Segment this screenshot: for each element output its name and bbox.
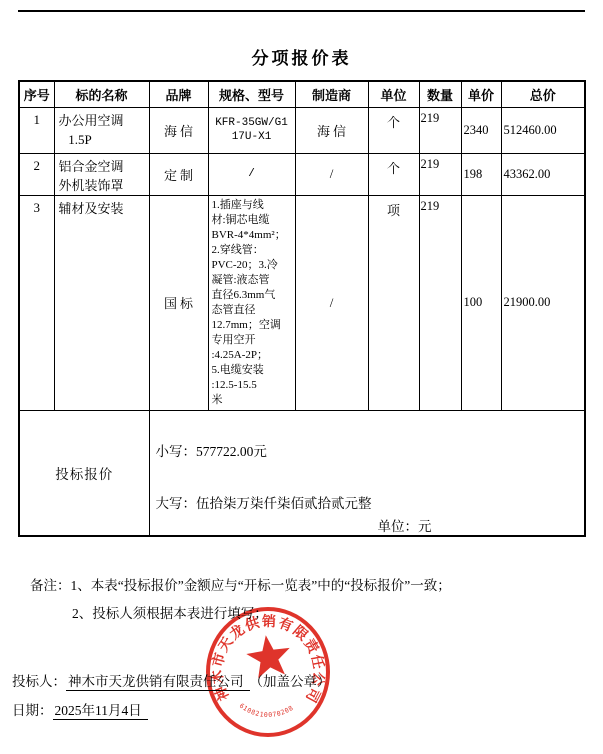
column-header-name: 标的名称	[54, 81, 149, 107]
star-icon	[244, 632, 293, 679]
table-row: 1 办公用空调 1.5P 海信 KFR-35GW/G1 17U-X1 海信 个 …	[19, 107, 585, 153]
cell-name: 办公用空调 1.5P	[54, 107, 149, 153]
table-row: 3 辅材及安装 国标 1.插座与线 材:铜芯电缆 BVR-4*4mm²； 2.穿…	[19, 195, 585, 410]
column-header-manufacturer: 制造商	[295, 81, 368, 107]
cell-unit-price: 2340	[461, 107, 501, 153]
cell-qty: 219	[419, 153, 461, 195]
stamp-code-text: 6108210070208	[238, 702, 295, 719]
table-row: 2 铝合金空调 外机装饰罩 定制 / / 个 219 198 43362.00	[19, 153, 585, 195]
cell-spec: 1.插座与线 材:铜芯电缆 BVR-4*4mm²； 2.穿线管： PVC-20；…	[208, 195, 295, 410]
cell-total: 21900.00	[501, 195, 585, 410]
cell-manufacturer: /	[295, 153, 368, 195]
column-header-brand: 品牌	[149, 81, 208, 107]
cell-name: 辅材及安装	[54, 195, 149, 410]
bid-unit-note: 单位：元	[378, 515, 432, 535]
cell-unit-price: 100	[461, 195, 501, 410]
cell-unit: 项	[368, 195, 419, 410]
bidder-label: 投标人：	[12, 674, 66, 689]
bid-price-row: 投标报价 小写：577722.00元 大写：伍拾柒万柒仟柒佰贰拾贰元整 单位：元	[19, 410, 585, 536]
remark-line-1: 备注：1、本表“投标报价”金额应与“开标一览表”中的“投标报价”一致；	[30, 572, 451, 600]
cell-seq: 1	[19, 107, 54, 153]
column-header-unit-price: 单价	[461, 81, 501, 107]
company-stamp: 神木市天龙供销有限责任公司 6108210070208	[203, 604, 333, 740]
date-value: 2025年11月4日	[53, 703, 148, 720]
date-label: 日期：	[12, 703, 53, 718]
bid-amount-words: 大写：伍拾柒万柒仟柒佰贰拾贰元整	[156, 492, 372, 512]
column-header-total: 总价	[501, 81, 585, 107]
bid-price-cell: 小写：577722.00元 大写：伍拾柒万柒仟柒佰贰拾贰元整 单位：元	[149, 410, 585, 536]
column-header-unit: 单位	[368, 81, 419, 107]
cell-manufacturer: 海信	[295, 107, 368, 153]
column-header-seq: 序号	[19, 81, 54, 107]
cell-spec: KFR-35GW/G1 17U-X1	[208, 107, 295, 153]
top-rule	[18, 10, 585, 12]
column-header-spec: 规格、型号	[208, 81, 295, 107]
quotation-table: 序号 标的名称 品牌 规格、型号 制造商 单位 数量 单价 总价 1 办公用空调…	[18, 80, 586, 537]
cell-brand: 海信	[149, 107, 208, 153]
bid-amount-numeric: 小写：577722.00元	[156, 440, 267, 460]
cell-brand: 定制	[149, 153, 208, 195]
cell-seq: 3	[19, 195, 54, 410]
cell-manufacturer: /	[295, 195, 368, 410]
cell-unit-price: 198	[461, 153, 501, 195]
header-row: 序号 标的名称 品牌 规格、型号 制造商 单位 数量 单价 总价	[19, 81, 585, 107]
cell-qty: 219	[419, 107, 461, 153]
quotation-page: 分项报价表 序号 标的名称 品牌 规格、型号 制造商 单位 数量 单价 总价 1…	[0, 0, 603, 754]
cell-seq: 2	[19, 153, 54, 195]
cell-spec: /	[208, 153, 295, 195]
cell-unit: 个	[368, 107, 419, 153]
bid-price-label: 投标报价	[19, 410, 149, 536]
cell-total: 43362.00	[501, 153, 585, 195]
column-header-qty: 数量	[419, 81, 461, 107]
cell-brand: 国标	[149, 195, 208, 410]
cell-qty: 219	[419, 195, 461, 410]
cell-name: 铝合金空调 外机装饰罩	[54, 153, 149, 195]
cell-unit: 个	[368, 153, 419, 195]
cell-total: 512460.00	[501, 107, 585, 153]
page-title: 分项报价表	[0, 44, 603, 69]
